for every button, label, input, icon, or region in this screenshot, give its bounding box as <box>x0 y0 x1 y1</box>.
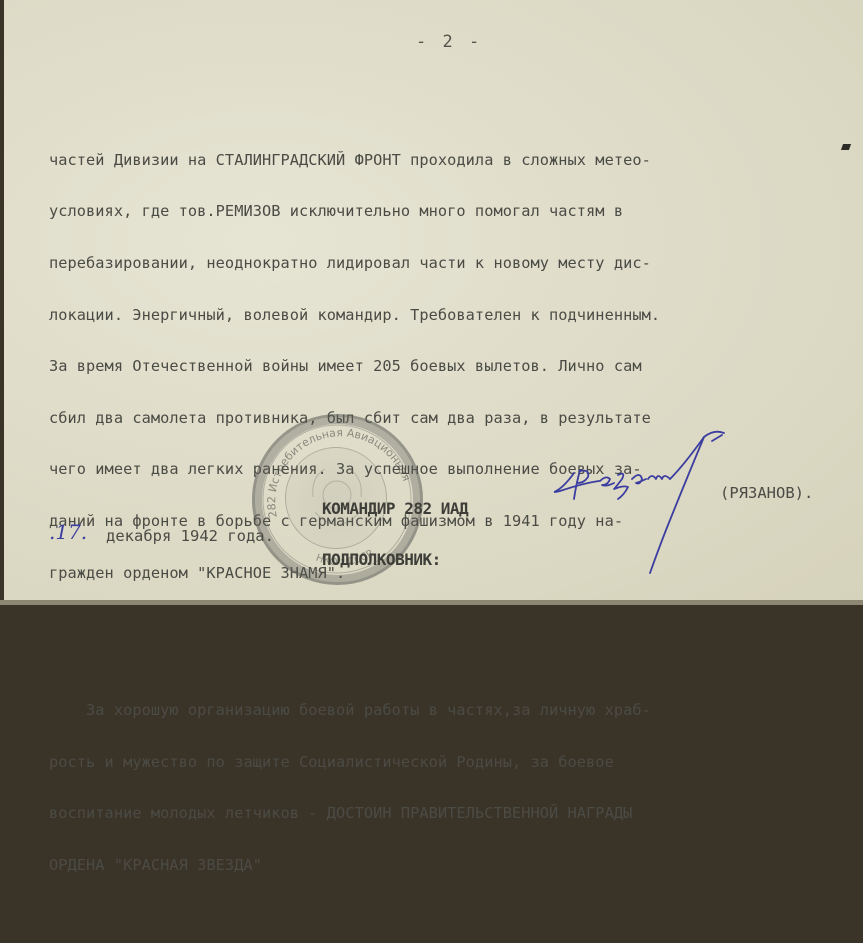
date-day-handwritten: .17. <box>49 520 87 544</box>
text-line: условиях, где тов.РЕМИЗОВ исключительно … <box>49 203 849 220</box>
ink-mark <box>841 144 851 150</box>
text-line: локации. Энергичный, волевой командир. Т… <box>49 307 849 324</box>
text-line: перебазировании, неоднократно лидировал … <box>49 255 849 272</box>
text-line: За время Отечественной войны имеет 205 б… <box>49 358 849 375</box>
signature-icon <box>544 425 734 575</box>
signatory-title: КОМАНДИР 282 ИАД ПОДПОЛКОВНИК: <box>322 466 468 602</box>
page-number: - 2 - <box>416 32 482 52</box>
scan-edge <box>0 600 863 605</box>
date-text: декабря 1942 года. <box>106 527 274 545</box>
signatory-rank: ПОДПОЛКОВНИК: <box>322 551 468 568</box>
document-page: - 2 - частей Дивизии на СТАЛИНГРАДСКИЙ Ф… <box>4 0 863 605</box>
text-line: частей Дивизии на СТАЛИНГРАДСКИЙ ФРОНТ п… <box>49 152 849 169</box>
handwritten-signature <box>544 425 734 579</box>
signatory-position: КОМАНДИР 282 ИАД <box>322 500 468 517</box>
signatory-name: (РЯЗАНОВ). <box>720 484 813 502</box>
